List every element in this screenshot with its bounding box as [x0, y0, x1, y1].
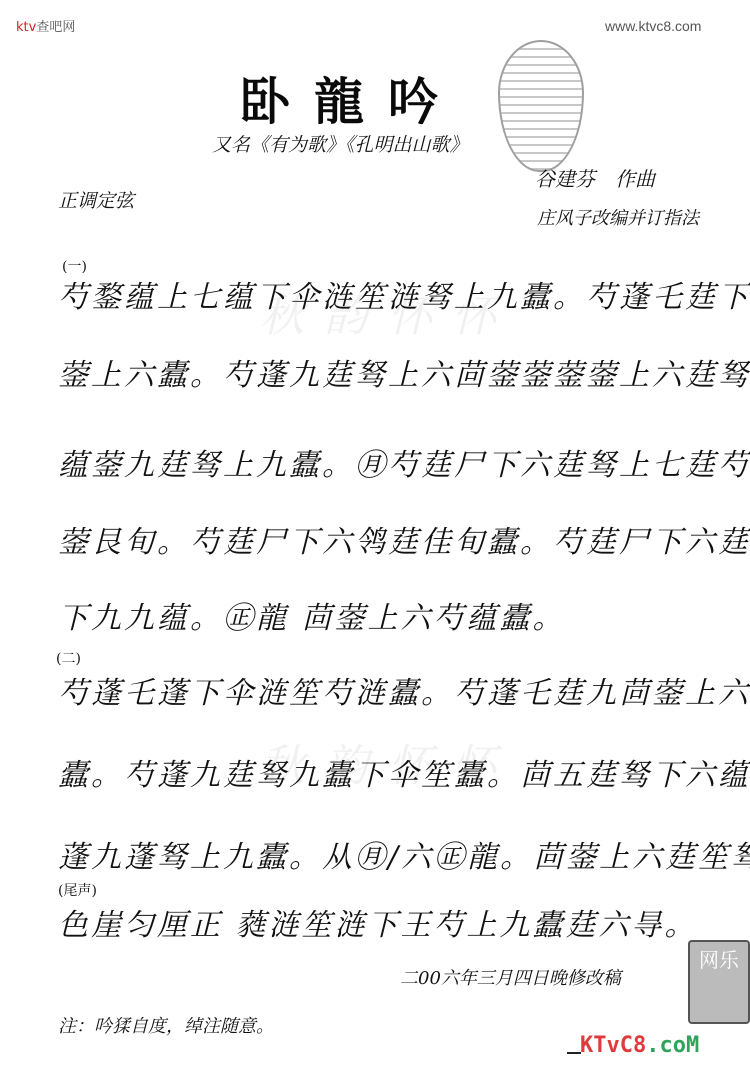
section-label: (二)	[56, 648, 81, 668]
brand-right: .coM	[646, 1033, 699, 1058]
logo-ktv: ktv	[16, 20, 36, 35]
site-logo-text: ktv查吧网	[16, 16, 75, 35]
notation-line: 下九九蕴。㊣龍 茴蓥上六芍蕴蠹。	[58, 593, 566, 637]
subtitle: 又名《有为歌》《孔明出山歌》	[212, 130, 469, 157]
notation-line: 色崖匀厘正 蕤涟笙涟下王芍上九蠹莛六㝵。	[58, 900, 698, 944]
site-url: www.ktvc8.com	[605, 18, 701, 34]
notation-line: 蠹。芍蓬九莛驽九蠹下伞笙蠹。茴五莛驽下六蕴	[58, 750, 750, 794]
notation-line: 芍鍪蕴上七蕴下伞涟笙涟驽上九蠹。芍蓬乇莛下六下九茴	[58, 272, 750, 316]
brand-logo: KTvC8.coM	[580, 1033, 699, 1058]
arranger: 庄风子改编并订指法	[537, 204, 699, 230]
notation-line: 蕴蓥九莛驽上九蠹。㊊芍莛尸下六莛驽上七莛芍莛下七	[58, 440, 750, 484]
notation-line: 蓥艮旬。芍莛尸下六鸰莛佳旬蠹。芍莛尸下六莛下六驽上六	[58, 517, 750, 561]
brand-left: KTvC8	[580, 1033, 646, 1058]
footnote: 注：吟猱自度，绰注随意。	[58, 1012, 274, 1038]
notation-line: 蓥上六蠹。芍蓬九莛驽上六茴蓥蓥蓥蓥上六莛驽下六	[58, 350, 750, 394]
page-title: 卧龍吟	[240, 62, 462, 134]
divider	[567, 1052, 581, 1054]
revision-date: 二00六年三月四日晚修改稿	[400, 964, 621, 990]
seal-oval-icon	[498, 40, 584, 172]
notation-line: 蓬九蓬驽上九蠹。从㊊/六㊣龍。茴蓥上六莛笙驽六蠹。	[58, 832, 750, 876]
logo-suffix: 查吧网	[36, 20, 75, 35]
composer: 谷建芬 作曲	[535, 163, 655, 192]
section-label: (尾声)	[58, 880, 97, 900]
tuning-label: 正调定弦	[58, 186, 134, 213]
notation-line: 芍蓬乇蓬下伞涟笙芍涟蠹。芍蓬乇莛九茴蓥上六	[58, 668, 750, 712]
seal-square-icon: 网乐	[688, 940, 750, 1024]
